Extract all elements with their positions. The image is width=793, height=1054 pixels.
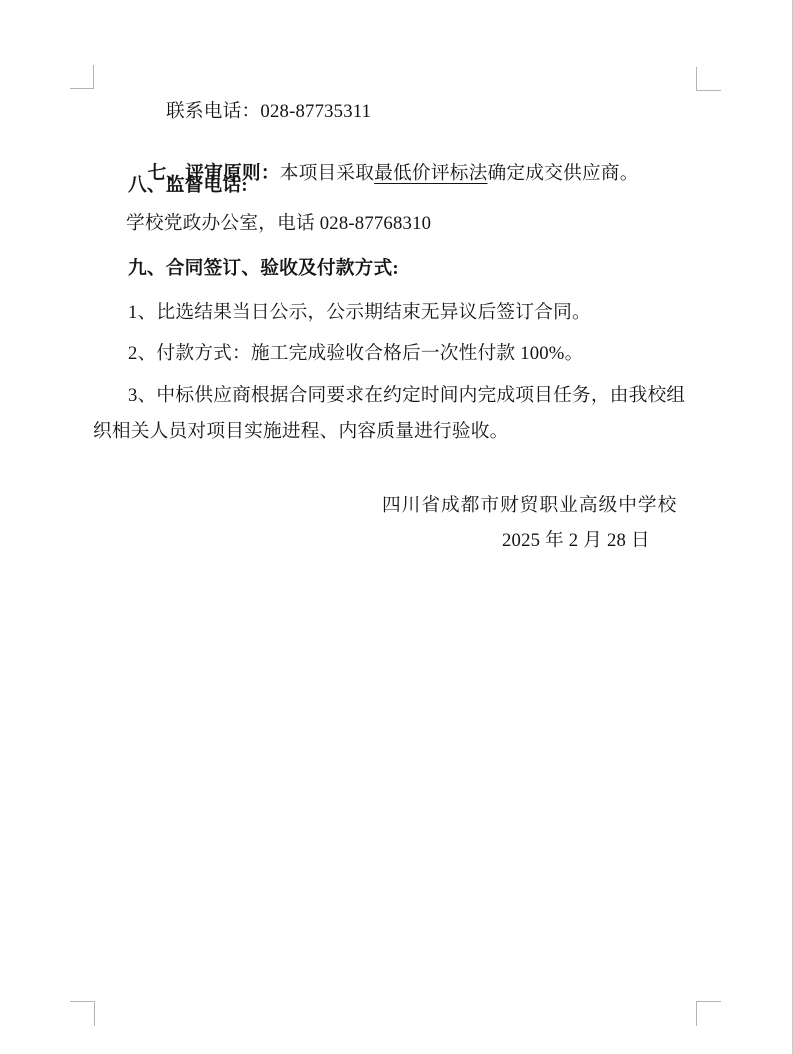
- section-nine-item-2: 2、付款方式：施工完成验收合格后一次性付款 100%。: [128, 341, 583, 367]
- section-nine-item-3-line-2: 织相关人员对项目实施进程、内容质量进行验收。: [93, 419, 509, 445]
- signature-organization: 四川省成都市财贸职业高级中学校: [382, 493, 677, 519]
- contact-phone-line: 联系电话：028-87735311: [166, 99, 371, 125]
- section-nine-item-3-line-1: 3、中标供应商根据合同要求在约定时间内完成项目任务，由我校组: [128, 383, 685, 409]
- margin-crop-mark-top-right: [696, 67, 721, 91]
- section-eight-body: 学校党政办公室，电话 028-87768310: [126, 211, 431, 237]
- section-seven-text-before: 本项目采取: [280, 163, 374, 184]
- margin-crop-mark-bottom-left: [70, 1001, 95, 1026]
- section-seven-underlined-text: 最低价评标法: [374, 163, 487, 184]
- document-page: 联系电话：028-87735311 七、评审原则：本项目采取最低价评标法确定成交…: [0, 0, 793, 1054]
- section-nine-item-1: 1、比选结果当日公示，公示期结束无异议后签订合同。: [128, 300, 591, 326]
- section-seven-text-after: 确定成交供应商。: [487, 163, 638, 184]
- section-eight-heading: 八、监督电话:: [128, 173, 248, 199]
- section-nine-heading: 九、合同签订、验收及付款方式:: [128, 256, 399, 282]
- margin-crop-mark-top-left: [70, 65, 94, 89]
- signature-date: 2025 年 2 月 28 日: [502, 528, 650, 554]
- margin-crop-mark-bottom-right: [696, 1001, 721, 1026]
